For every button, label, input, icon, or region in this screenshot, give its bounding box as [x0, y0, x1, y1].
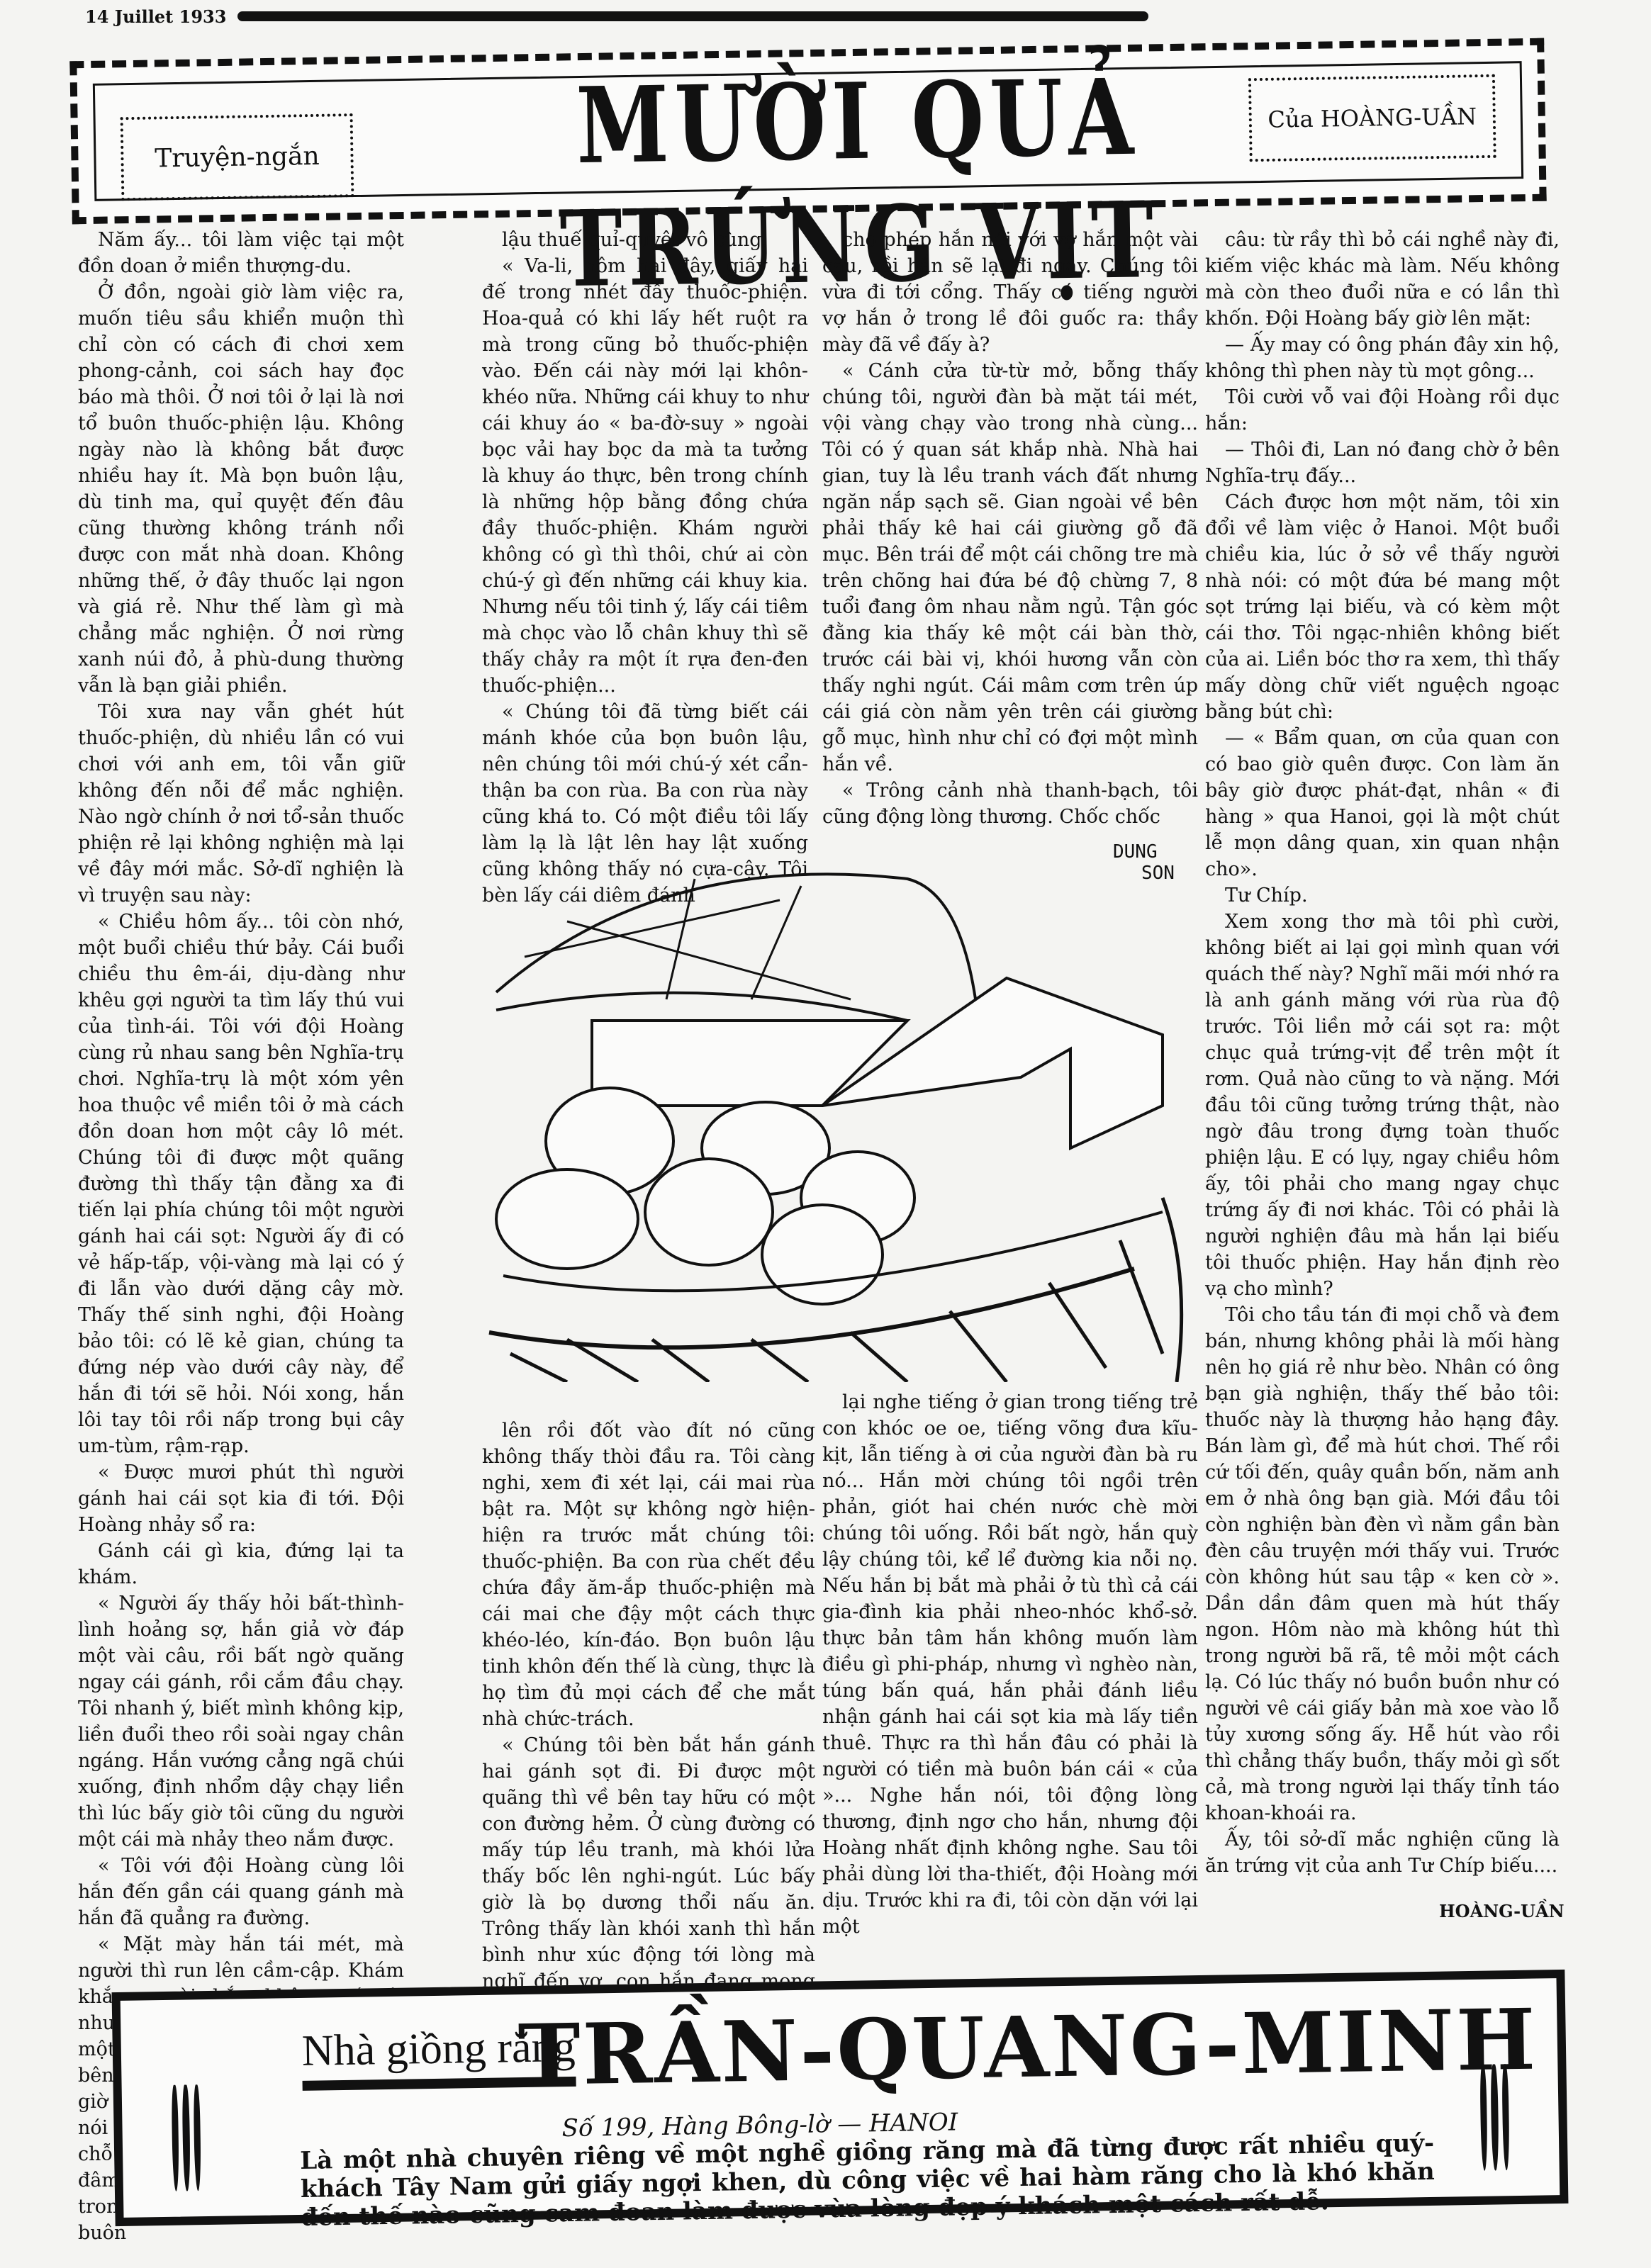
column-3-top: cho phép hắn nói với vợ hắn một vài câu,… [822, 227, 1198, 830]
author-label: Của HOÀNG-UẦN [1248, 74, 1496, 162]
ad-business-name: TRẦN-QUANG-MINH [517, 1990, 1538, 2105]
paragraph: Xem xong thơ mà tôi phì cười, không biết… [1205, 909, 1560, 1302]
paragraph: — Thôi đi, Lan nó đang chờ ở bên Nghĩa-t… [1205, 437, 1560, 489]
issue-date: 14 Juillet 1933 [85, 6, 226, 27]
paragraph: « Người ấy thấy hỏi bất-thình-lình hoảng… [78, 1590, 404, 1853]
paragraph: « Cánh cửa từ-từ mở, bỗng thấy chúng tôi… [822, 358, 1198, 777]
masthead-strip: 14 Juillet 1933 [85, 6, 1148, 27]
paragraph: — Ấy may có ông phán đây xin hộ, không t… [1205, 332, 1560, 384]
paragraph: Ở đồn, ngoài giờ làm việc ra, muốn tiêu … [78, 279, 404, 699]
genre-text: Truyện-ngắn [155, 141, 320, 173]
paragraph: « Được mươi phút thì người gánh hai cái … [78, 1459, 404, 1538]
genre-label: Truyện-ngắn [121, 113, 354, 201]
paragraph: lên rồi đốt vào đít nó cũng không thấy t… [482, 1417, 815, 1732]
paragraph: Gánh cái gì kia, đứng lại ta khám. [78, 1538, 404, 1590]
column-2-top: lậu thuế quỉ-quyệt vô cùng.« Va-li, hôm … [482, 227, 808, 909]
paragraph: Cách được hơn một năm, tôi xin đổi về là… [1205, 489, 1560, 725]
column-4: câu: từ rầy thì bỏ cái nghề này đi, kiếm… [1205, 227, 1560, 1879]
paragraph: Ấy, tôi sở-dĩ mắc nghiện cũng là ăn trứn… [1205, 1826, 1560, 1879]
article-signoff: HOÀNG-UẦN [1439, 1901, 1565, 1921]
artist-signature-2: SON [1141, 863, 1175, 884]
paragraph: Tôi cho tầu tán đi mọi chỗ và đem bán, n… [1205, 1302, 1560, 1826]
story-header-frame: Truyện-ngắn MƯỜI QUẢ TRỨNG VỊT Của HOÀNG… [69, 38, 1546, 225]
ad-body: Là một nhà chuyên riêng về một nghề giồn… [300, 2129, 1435, 2232]
paragraph: « Tôi với đội Hoàng cùng lôi hắn đến gần… [78, 1853, 404, 1931]
paragraph: Tôi xưa nay vẫn ghét hút thuốc-phiện, dù… [78, 699, 404, 909]
column-1: Năm ấy... tôi làm việc tại một đồn doan … [78, 227, 404, 2246]
dentist-advertisement: Nhà giồng răng TRẦN-QUANG-MINH Số 199, H… [112, 1970, 1569, 2226]
paragraph: Tư Chíp. [1205, 882, 1560, 909]
paragraph: « Chiều hôm ấy... tôi còn nhớ, một buổi … [78, 909, 404, 1459]
paragraph: cho phép hắn nói với vợ hắn một vài câu,… [822, 227, 1198, 358]
ornament-left-icon [172, 2084, 201, 2191]
paragraph: — « Bẩm quan, ơn của quan con có bao giờ… [1205, 725, 1560, 882]
paragraph: Năm ấy... tôi làm việc tại một đồn doan … [78, 227, 404, 279]
paragraph: Tôi cười vỗ vai đội Hoàng rồi dục hắn: [1205, 384, 1560, 437]
paragraph: lậu thuế quỉ-quyệt vô cùng. [482, 227, 808, 253]
paragraph: « Va-li, hôm hai đây, giấy hai đế trong … [482, 253, 808, 699]
column-3-bottom: lại nghe tiếng ở gian trong tiếng trẻ co… [822, 1389, 1198, 1940]
paragraph: lại nghe tiếng ở gian trong tiếng trẻ co… [822, 1389, 1198, 1940]
column-2-bottom: lên rồi đốt vào đít nó cũng không thấy t… [482, 1417, 815, 2047]
artist-signature: DUNG [1113, 841, 1158, 863]
illustration-basket-eggs: DUNG SON [482, 815, 1191, 1382]
masthead-rule [237, 11, 1148, 21]
paragraph: câu: từ rầy thì bỏ cái nghề này đi, kiếm… [1205, 227, 1560, 332]
author-text: Của HOÀNG-UẦN [1267, 103, 1477, 133]
